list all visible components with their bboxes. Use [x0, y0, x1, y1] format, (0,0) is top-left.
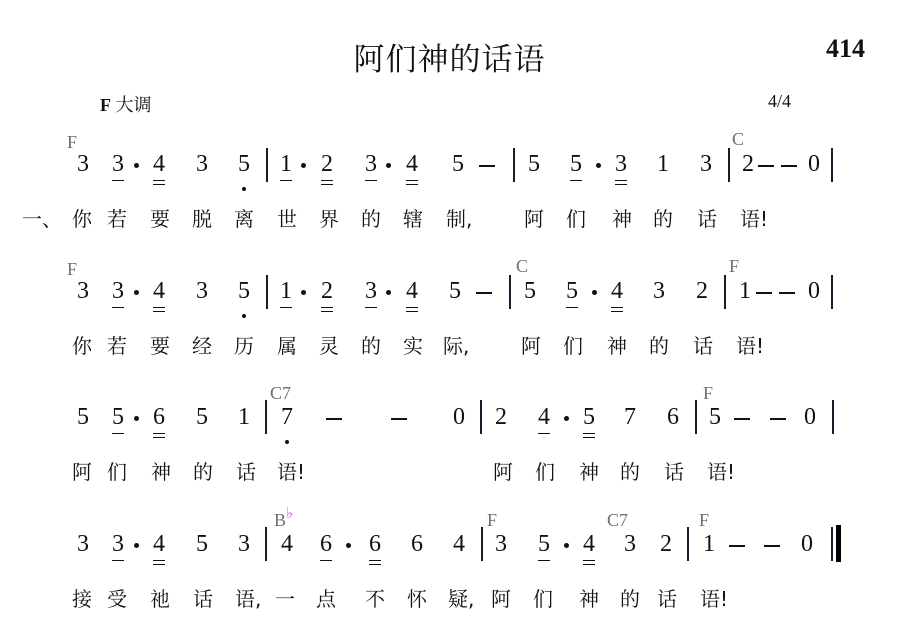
lyric: 话: [693, 330, 713, 359]
note: 7: [278, 405, 296, 429]
lyric: 话: [664, 456, 684, 485]
lyric: 受: [107, 583, 127, 612]
dotted-rhythm: [134, 163, 139, 168]
note: 5: [235, 152, 253, 176]
bar-line: [832, 400, 834, 434]
hold-dash: [770, 418, 786, 420]
note: 1: [654, 152, 672, 176]
note: 6: [317, 532, 335, 556]
lyric: 若: [107, 330, 127, 359]
note: 4: [150, 532, 168, 556]
note: 6: [664, 405, 682, 429]
bar-line: [687, 527, 689, 561]
hymn-number: 414: [826, 34, 865, 64]
lyric: 们: [563, 330, 583, 359]
dotted-rhythm: [134, 290, 139, 295]
lyric: 阿: [491, 583, 511, 612]
note: 3: [109, 532, 127, 556]
lyric: 语!: [700, 583, 728, 612]
lyric: 不: [365, 583, 385, 612]
note: 3: [74, 279, 92, 303]
lyric: 要: [150, 203, 170, 232]
note: 0: [801, 405, 819, 429]
lyric: 的: [620, 583, 640, 612]
note: 3: [109, 152, 127, 176]
dotted-rhythm: [346, 543, 351, 548]
note: 6: [408, 532, 426, 556]
note: 1: [700, 532, 718, 556]
dotted-rhythm: [564, 416, 569, 421]
lyric: 阿: [493, 456, 513, 485]
bar-line: [724, 275, 726, 309]
note: 2: [657, 532, 675, 556]
note: 5: [521, 279, 539, 303]
key-letter: F: [100, 95, 111, 115]
note: 3: [612, 152, 630, 176]
note: 2: [693, 279, 711, 303]
chord-label: F: [699, 510, 709, 531]
chord-label: C7: [607, 510, 628, 531]
note: 5: [567, 152, 585, 176]
lyric: 一、: [22, 203, 62, 232]
note: 5: [535, 532, 553, 556]
bar-line: [513, 148, 515, 182]
hold-dash: [764, 545, 780, 547]
bar-line: [509, 275, 511, 309]
dotted-rhythm: [592, 290, 597, 295]
hold-dash: [779, 292, 795, 294]
lyric: 属: [277, 330, 297, 359]
dotted-rhythm: [301, 163, 306, 168]
note: 1: [277, 279, 295, 303]
note: 7: [621, 405, 639, 429]
note: 4: [580, 532, 598, 556]
lyric: 语!: [277, 456, 305, 485]
note: 0: [798, 532, 816, 556]
note: 5: [74, 405, 92, 429]
lyric: 离: [234, 203, 254, 232]
time-signature: 4/4: [768, 91, 791, 112]
note: 4: [608, 279, 626, 303]
bar-line: [265, 527, 267, 561]
bar-line: [266, 275, 268, 309]
note: 1: [235, 405, 253, 429]
note: 4: [403, 152, 421, 176]
hold-dash: [326, 418, 342, 420]
bar-line: [265, 400, 267, 434]
note: 5: [563, 279, 581, 303]
chord-label: F: [67, 259, 77, 280]
dotted-rhythm: [386, 163, 391, 168]
note: 1: [736, 279, 754, 303]
chord-root: B: [274, 510, 286, 530]
lyric: 实: [403, 330, 423, 359]
final-bar-thin: [831, 527, 833, 561]
note: 3: [697, 152, 715, 176]
lyric: 阿: [72, 456, 92, 485]
key-suffix: 大调: [116, 95, 152, 115]
lyric: 的: [649, 330, 669, 359]
note: 3: [193, 279, 211, 303]
note: 5: [193, 532, 211, 556]
lyric: 世: [277, 203, 297, 232]
lyric: 语,: [235, 583, 261, 612]
lyric: 语!: [736, 330, 764, 359]
bar-line: [695, 400, 697, 434]
note: 0: [450, 405, 468, 429]
note: 1: [277, 152, 295, 176]
note: 5: [109, 405, 127, 429]
note: 3: [621, 532, 639, 556]
note: 5: [235, 279, 253, 303]
hymn-title: 阿们神的话语: [0, 34, 899, 79]
note: 3: [650, 279, 668, 303]
hold-dash: [734, 418, 750, 420]
lyric: 话: [236, 456, 256, 485]
hold-dash: [476, 292, 492, 294]
lyric: 经: [192, 330, 212, 359]
lyric: 的: [193, 456, 213, 485]
lyric: 的: [653, 203, 673, 232]
lyric: 祂: [150, 583, 170, 612]
dotted-rhythm: [596, 163, 601, 168]
lyric: 要: [150, 330, 170, 359]
lyric: 的: [361, 330, 381, 359]
lyric: 你: [72, 330, 92, 359]
note: 3: [362, 279, 380, 303]
lyric: 灵: [319, 330, 339, 359]
final-bar-thick: [836, 525, 841, 562]
chord-label: C: [516, 256, 528, 277]
lyric: 们: [535, 456, 555, 485]
chord-label: B♭: [274, 510, 293, 531]
lyric: 语!: [740, 203, 768, 232]
note: 0: [805, 279, 823, 303]
note: 3: [193, 152, 211, 176]
note: 3: [235, 532, 253, 556]
bar-line: [480, 400, 482, 434]
lyric: 历: [234, 330, 254, 359]
hold-dash: [729, 545, 745, 547]
note: 4: [450, 532, 468, 556]
lyric: 们: [533, 583, 553, 612]
chord-label: C: [732, 129, 744, 150]
lyric: 话: [193, 583, 213, 612]
lyric: 怀: [407, 583, 427, 612]
lyric: 一: [275, 583, 295, 612]
note: 3: [492, 532, 510, 556]
lyric: 话: [697, 203, 717, 232]
note: 6: [150, 405, 168, 429]
lyric: 神: [607, 330, 627, 359]
lyric: 语!: [707, 456, 735, 485]
dotted-rhythm: [301, 290, 306, 295]
bar-line: [831, 148, 833, 182]
note: 5: [580, 405, 598, 429]
key-signature: F 大调: [100, 91, 152, 117]
dotted-rhythm: [134, 416, 139, 421]
note: 3: [109, 279, 127, 303]
chord-label: F: [729, 256, 739, 277]
bar-line: [728, 148, 730, 182]
chord-label: C7: [270, 383, 291, 404]
note: 4: [150, 152, 168, 176]
note: 6: [366, 532, 384, 556]
note: 5: [706, 405, 724, 429]
lyric: 神: [579, 456, 599, 485]
lyric: 接: [72, 583, 92, 612]
note: 3: [74, 152, 92, 176]
lyric: 神: [151, 456, 171, 485]
lyric: 你: [72, 203, 92, 232]
chord-label: F: [67, 132, 77, 153]
chord-label: F: [703, 383, 713, 404]
dotted-rhythm: [134, 543, 139, 548]
hold-dash: [781, 165, 797, 167]
lyric: 际,: [443, 330, 469, 359]
lyric: 神: [612, 203, 632, 232]
note: 3: [74, 532, 92, 556]
note: 2: [739, 152, 757, 176]
lyric: 阿: [521, 330, 541, 359]
lyric: 阿: [524, 203, 544, 232]
note: 5: [449, 152, 467, 176]
note: 4: [150, 279, 168, 303]
lyric: 若: [107, 203, 127, 232]
note: 5: [446, 279, 464, 303]
note: 4: [403, 279, 421, 303]
note: 4: [278, 532, 296, 556]
lyric: 制,: [446, 203, 472, 232]
flat-icon: ♭: [286, 506, 293, 522]
note: 3: [362, 152, 380, 176]
lyric: 的: [620, 456, 640, 485]
lyric: 们: [566, 203, 586, 232]
note: 5: [193, 405, 211, 429]
lyric: 辖: [403, 203, 423, 232]
note: 0: [805, 152, 823, 176]
lyric: 疑,: [448, 583, 474, 612]
lyric: 界: [319, 203, 339, 232]
note: 2: [492, 405, 510, 429]
note: 4: [535, 405, 553, 429]
hold-dash: [391, 418, 407, 420]
lyric: 点: [316, 583, 336, 612]
hold-dash: [758, 165, 774, 167]
hold-dash: [479, 165, 495, 167]
chord-label: F: [487, 510, 497, 531]
lyric: 话: [657, 583, 677, 612]
dotted-rhythm: [386, 290, 391, 295]
lyric: 脱: [192, 203, 212, 232]
lyric: 们: [107, 456, 127, 485]
bar-line: [831, 275, 833, 309]
hold-dash: [756, 292, 772, 294]
note: 2: [318, 152, 336, 176]
dotted-rhythm: [564, 543, 569, 548]
bar-line: [481, 527, 483, 561]
lyric: 的: [361, 203, 381, 232]
bar-line: [266, 148, 268, 182]
lyric: 神: [579, 583, 599, 612]
note: 2: [318, 279, 336, 303]
note: 5: [525, 152, 543, 176]
